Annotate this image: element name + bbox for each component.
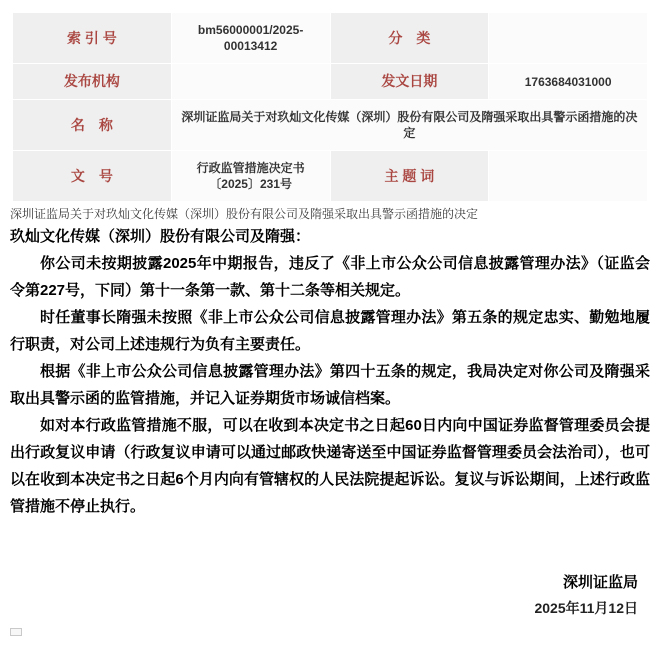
publish-date-label: 发文日期 xyxy=(330,64,489,100)
document-body: 深圳证监局关于对玖灿文化传媒（深圳）股份有限公司及隋强采取出具警示函措施的决定 … xyxy=(0,206,660,622)
document-subtitle: 深圳证监局关于对玖灿文化传媒（深圳）股份有限公司及隋强采取出具警示函措施的决定 xyxy=(10,206,650,223)
document-page: 索 引 号 bm56000001/2025-00013412 分 类 发布机构 … xyxy=(0,0,660,645)
document-salutation: 玖灿文化传媒（深圳）股份有限公司及隋强： xyxy=(10,223,650,250)
document-paragraph: 时任董事长隋强未按照《非上市公众公司信息披露管理办法》第五条的规定忠实、勤勉地履… xyxy=(10,304,650,358)
signature-date: 2025年11月12日 xyxy=(10,594,650,622)
document-name-label: 名 称 xyxy=(13,100,172,151)
category-value xyxy=(489,13,648,64)
table-row: 文 号 行政监管措施决定书〔2025〕231号 主 题 词 xyxy=(13,151,648,202)
broken-image-icon xyxy=(10,628,22,636)
signature-authority: 深圳证监局 xyxy=(10,572,650,594)
table-row: 发布机构 发文日期 1763684031000 xyxy=(13,64,648,100)
document-name-value: 深圳证监局关于对玖灿文化传媒（深圳）股份有限公司及隋强采取出具警示函措施的决定 xyxy=(171,100,647,151)
issuing-agency-label: 发布机构 xyxy=(13,64,172,100)
index-number-label: 索 引 号 xyxy=(13,13,172,64)
keyword-label: 主 题 词 xyxy=(330,151,489,202)
document-number-label: 文 号 xyxy=(13,151,172,202)
table-row: 名 称 深圳证监局关于对玖灿文化传媒（深圳）股份有限公司及隋强采取出具警示函措施… xyxy=(13,100,648,151)
index-number-value: bm56000001/2025-00013412 xyxy=(171,13,330,64)
document-paragraph: 根据《非上市公众公司信息披露管理办法》第四十五条的规定，我局决定对你公司及隋强采… xyxy=(10,358,650,412)
table-row: 索 引 号 bm56000001/2025-00013412 分 类 xyxy=(13,13,648,64)
document-paragraph: 你公司未按期披露2025年中期报告，违反了《非上市公众公司信息披露管理办法》（证… xyxy=(10,250,650,304)
keyword-value xyxy=(489,151,648,202)
document-meta-table: 索 引 号 bm56000001/2025-00013412 分 类 发布机构 … xyxy=(12,12,648,202)
document-number-value: 行政监管措施决定书〔2025〕231号 xyxy=(171,151,330,202)
document-paragraph: 如对本行政监管措施不服，可以在收到本决定书之日起60日内向中国证券监督管理委员会… xyxy=(10,412,650,520)
issuing-agency-value xyxy=(171,64,330,100)
publish-date-value: 1763684031000 xyxy=(489,64,648,100)
category-label: 分 类 xyxy=(330,13,489,64)
